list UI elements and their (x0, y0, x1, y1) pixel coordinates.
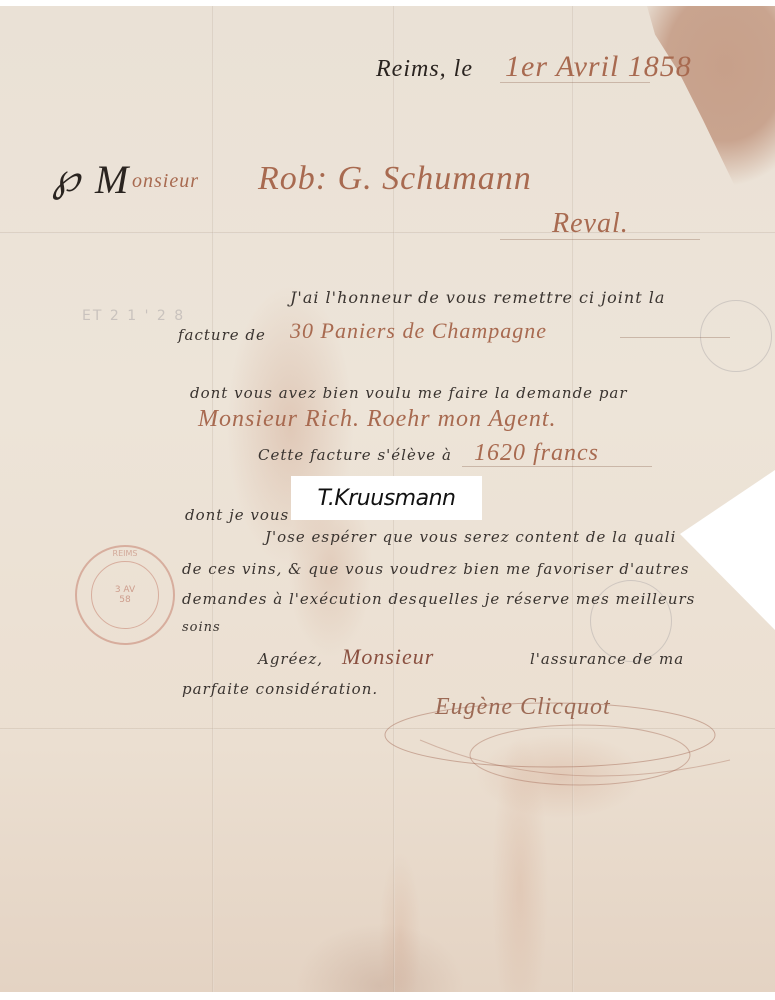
body-line-9: demandes à l'exécution desquelles je rés… (182, 590, 695, 608)
amount-rule (462, 466, 652, 467)
watermark-label: T.Kruusmann (291, 476, 482, 520)
body-line-5-printed: Cette facture s'élève à (258, 446, 452, 464)
body-line-1: J'ai l'honneur de vous remettre ci joint… (290, 288, 665, 307)
closing-line-2: parfaite considération. (182, 680, 378, 698)
place-date-printed: Reims, le (376, 56, 473, 83)
signature-flourish (380, 690, 740, 800)
salutation-m: M (95, 156, 129, 203)
fold-line-vertical-right (572, 6, 574, 992)
invoice-amount: 1620 francs (474, 440, 599, 467)
postmark-center: 3 AV 58 (91, 561, 159, 629)
closing-handwritten: Monsieur (342, 644, 434, 670)
body-line-8: de ces vins, & que vous voudrez bien me … (182, 560, 689, 578)
fold-line-vertical-left (212, 6, 214, 992)
recipient-city: Reval. (552, 208, 629, 240)
fold-line-horizontal-top (0, 232, 775, 234)
postmark-stamp: REIMS 3 AV 58 (75, 545, 175, 645)
agent-name: Monsieur Rich. Roehr mon Agent. (198, 406, 557, 433)
body-line-2-printed: facture de (178, 326, 266, 344)
date-handwritten: 1er Avril 1858 (505, 50, 692, 84)
recipient-name: Rob: G. Schumann (258, 160, 532, 198)
ghost-stamp-text: ET 2 1 ' 2 8 (82, 308, 185, 324)
item-description: 30 Paniers de Champagne (290, 318, 547, 344)
postmark-date: 3 AV (115, 585, 135, 595)
closing-printed-b: l'assurance de ma (530, 650, 684, 668)
body-line-3: dont vous avez bien voulu me faire la de… (190, 384, 628, 402)
item-rule (620, 337, 730, 338)
body-line-10: soins (182, 620, 221, 635)
body-line-7: J'ose espérer que vous serez content de … (265, 528, 676, 546)
recipient-rule (500, 239, 700, 240)
closing-printed-a: Agréez, (258, 650, 323, 668)
salutation-initial: ℘ (52, 154, 81, 201)
date-rule (500, 82, 650, 83)
postmark-year: 58 (119, 595, 130, 605)
salutation-rest: onsieur (132, 170, 199, 193)
ghost-stamp-circle (700, 300, 772, 372)
body-line-6: dont je vous (185, 506, 289, 524)
watermark-text: T.Kruusmann (318, 486, 456, 511)
